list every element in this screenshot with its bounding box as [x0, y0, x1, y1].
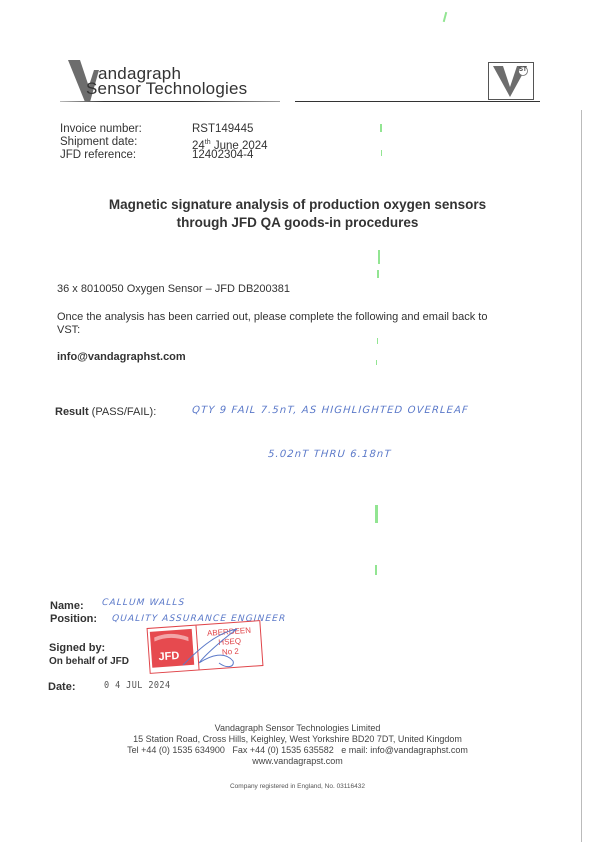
scan-artifact — [380, 124, 382, 132]
invoice-value: RST149445 — [192, 123, 253, 136]
result-label: Result (PASS/FAIL): — [55, 406, 156, 419]
invoice-label: Invoice number: — [60, 123, 142, 136]
scan-artifact — [375, 565, 377, 575]
shipment-label: Shipment date: — [60, 136, 137, 149]
footer-contact: Tel +44 (0) 1535 634900 Fax +44 (0) 1535… — [40, 745, 555, 756]
position-label: Position: — [50, 613, 97, 626]
header-rule — [295, 101, 540, 102]
footer-registration: Company registered in England, No. 03116… — [40, 781, 555, 792]
result-handwritten-line-2: 5.02nT THRU 6.18nT — [268, 449, 392, 460]
brand-name-line-2: Sensor Technologies — [86, 79, 247, 99]
scan-artifact — [378, 250, 380, 264]
contact-email: info@vandagraphst.com — [57, 351, 186, 364]
scan-artifact — [443, 12, 448, 22]
item-line: 36 x 8010050 Oxygen Sensor – JFD DB20038… — [57, 283, 290, 296]
signed-by-label: Signed by: — [49, 642, 105, 655]
date-value: 0 4 JUL 2024 — [104, 680, 171, 691]
date-label: Date: — [48, 681, 76, 694]
jfd-reference-label: JFD reference: — [60, 149, 136, 162]
name-label: Name: — [50, 600, 84, 613]
page-edge-line — [581, 110, 582, 842]
badge-superscript: ST — [519, 67, 527, 73]
scan-artifact — [381, 150, 382, 156]
signature-scribble — [175, 625, 255, 673]
jfd-reference-value: 12402304-4 — [192, 149, 253, 162]
vst-badge: ST — [488, 62, 534, 100]
footer-website: www.vandagrapst.com — [40, 756, 555, 767]
instruction-line-1: Once the analysis has been carried out, … — [57, 311, 487, 324]
scan-artifact — [377, 270, 379, 278]
footer-company: Vandagraph Sensor Technologies Limited — [40, 723, 555, 734]
footer-address: 15 Station Road, Cross Hills, Keighley, … — [40, 734, 555, 745]
scan-artifact — [377, 338, 378, 344]
instruction-line-2: VST: — [57, 324, 80, 337]
scan-artifact — [376, 360, 377, 365]
document-title: Magnetic signature analysis of productio… — [40, 196, 555, 232]
on-behalf-label: On behalf of JFD — [49, 655, 129, 668]
result-handwritten-line-1: QTY 9 FAIL 7.5nT, AS HIGHLIGHTED OVERLEA… — [192, 405, 470, 416]
scan-artifact — [375, 505, 378, 523]
name-value: CALLUM WALLS — [102, 598, 186, 608]
header-rule — [60, 101, 280, 102]
